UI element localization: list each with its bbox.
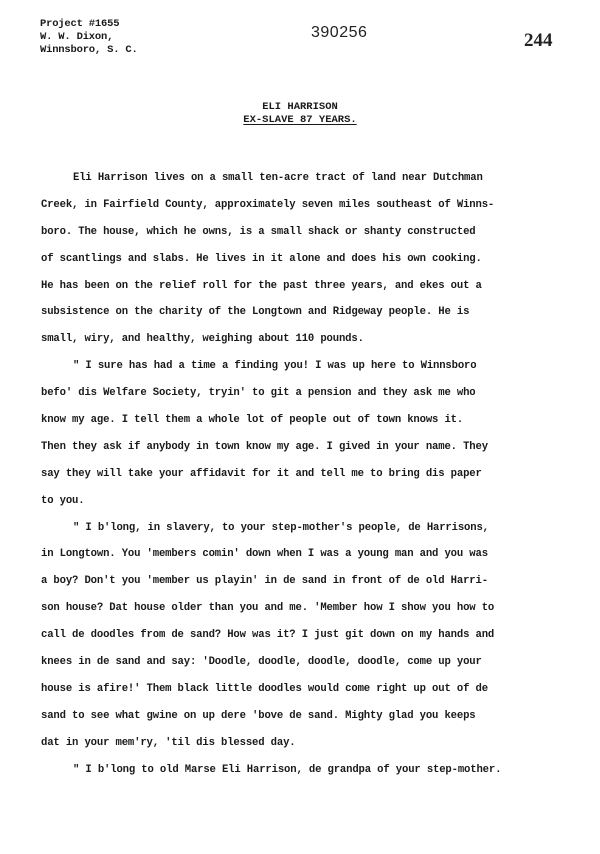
- text-line: call de doodles from de sand? How was it…: [41, 622, 571, 649]
- text-line: small, wiry, and healthy, weighing about…: [41, 326, 571, 353]
- text-line: to you.: [41, 488, 571, 515]
- header-block: Project #1655 W. W. Dixon, Winnsboro, S.…: [40, 18, 138, 57]
- text-line: son house? Dat house older than you and …: [41, 595, 571, 622]
- text-line: " I b'long to old Marse Eli Harrison, de…: [41, 757, 571, 784]
- text-line: say they will take your affidavit for it…: [41, 461, 571, 488]
- text-line: Creek, in Fairfield County, approximatel…: [41, 192, 571, 219]
- text-line: dat in your mem'ry, 'til dis blessed day…: [41, 730, 571, 757]
- text-line: know my age. I tell them a whole lot of …: [41, 407, 571, 434]
- body-text: Eli Harrison lives on a small ten-acre t…: [41, 165, 571, 783]
- text-line: in Longtown. You 'members comin' down wh…: [41, 541, 571, 568]
- title-block: ELI HARRISON EX-SLAVE 87 YEARS.: [0, 101, 600, 127]
- text-line: knees in de sand and say: 'Doodle, doodl…: [41, 649, 571, 676]
- author-name: W. W. Dixon,: [40, 31, 138, 44]
- text-line: befo' dis Welfare Society, tryin' to git…: [41, 380, 571, 407]
- page-number: 244: [524, 30, 553, 52]
- text-line: sand to see what gwine on up dere 'bove …: [41, 703, 571, 730]
- text-line: house is afire!' Them black little doodl…: [41, 676, 571, 703]
- project-number: Project #1655: [40, 18, 138, 31]
- document-number: 390256: [311, 24, 367, 42]
- text-line: " I sure has had a time a finding you! I…: [41, 353, 571, 380]
- text-line: of scantlings and slabs. He lives in it …: [41, 246, 571, 273]
- page-title: ELI HARRISON: [0, 101, 600, 114]
- author-location: Winnsboro, S. C.: [40, 44, 138, 57]
- text-line: Eli Harrison lives on a small ten-acre t…: [41, 165, 571, 192]
- text-line: He has been on the relief roll for the p…: [41, 273, 571, 300]
- text-line: " I b'long, in slavery, to your step-mot…: [41, 515, 571, 542]
- page-subtitle: EX-SLAVE 87 YEARS.: [243, 114, 356, 127]
- text-line: Then they ask if anybody in town know my…: [41, 434, 571, 461]
- text-line: boro. The house, which he owns, is a sma…: [41, 219, 571, 246]
- text-line: a boy? Don't you 'member us playin' in d…: [41, 568, 571, 595]
- text-line: subsistence on the charity of the Longto…: [41, 299, 571, 326]
